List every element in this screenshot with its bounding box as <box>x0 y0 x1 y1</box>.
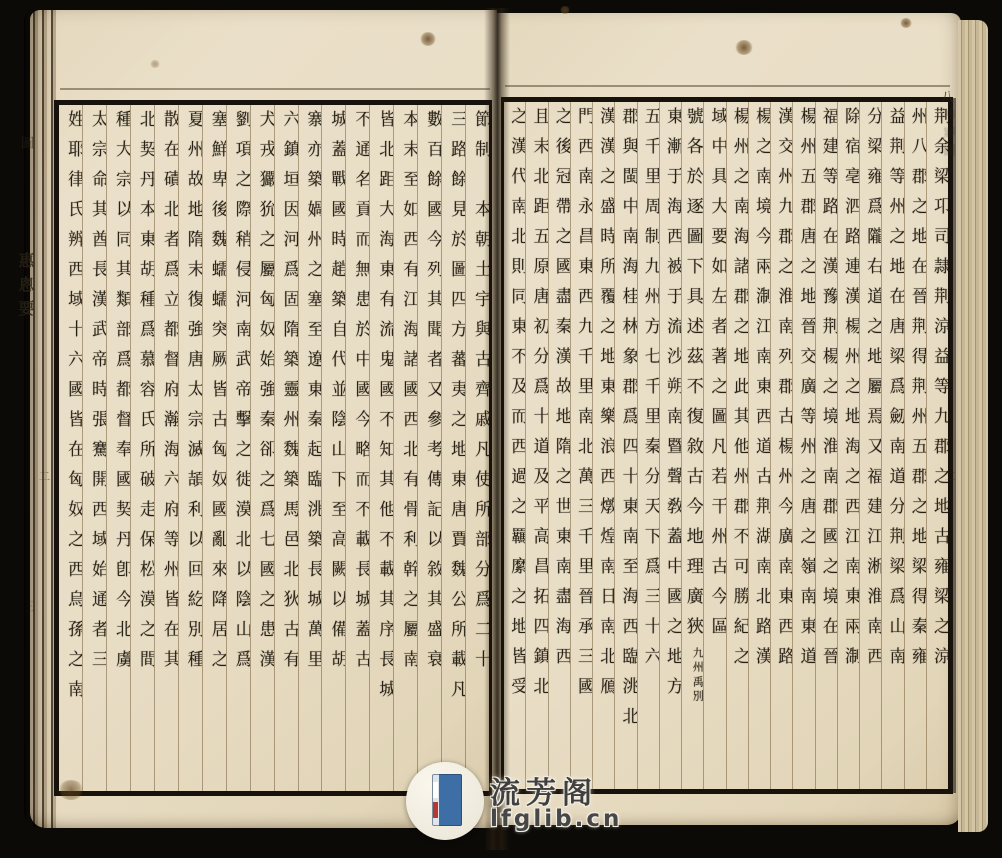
text-column: 分梁雍爲隴右道之地屬焉又福建江淅淮南西 <box>859 102 881 789</box>
text-column: 五千里周制九州方七千里秦分天下爲三十六 <box>637 102 659 789</box>
stain-spot <box>735 40 753 55</box>
text-column: 漢漢之盛時所覆之地東樂浪西燉煌南日南北鴈 <box>592 102 614 789</box>
text-column: 不通名貢而無患於中國今略而不載長城蓋古 <box>345 105 369 791</box>
text-column: 之後冠帶之國盡秦漢故地隋之世東南盡海西 <box>548 102 570 789</box>
text-column: 皆北距大海東有流鬼國不知其他不載其序長城 <box>369 105 393 791</box>
text-column: 東漸于海西被于流沙朔南暨聲敎蓋中國之地方 <box>659 102 681 789</box>
blue-stitched-book-icon <box>432 774 462 826</box>
right-page-edges <box>958 20 988 832</box>
text-column: 種大宗以同其類部爲都督奉國契丹卽今北虜 <box>106 105 130 791</box>
text-column: 楊州之南海諸郡之地此其他州郡不可勝紀之 <box>726 102 748 789</box>
watermark-circle-badge <box>406 762 484 840</box>
left-page-worn-edge <box>24 10 56 828</box>
text-column: 姓耶律氏辨西域十六國皆在匈奴之西烏孫之南 <box>59 105 82 791</box>
text-column: 楊州五郡唐之地晉交廣等州之唐之嶺南東道 <box>792 102 814 789</box>
right-margin-leaf-number: 八 <box>936 90 955 103</box>
stain-spot <box>150 60 160 68</box>
site-watermark: 流芳阁 lfglib.cn <box>398 762 698 852</box>
text-column: 六鎮垣因河爲固隋築靈州魏築馬邑北狄古有 <box>274 105 298 791</box>
text-column: 劉項之際稍侵河南武帝擊之徙漠北以陰山爲 <box>226 105 250 791</box>
crease-line-left <box>60 88 490 90</box>
right-page-columns: 荆余梁卭司隷荆涼益等九郡之地古雍梁之涼州八郡之地在晉荆得荆州五郡之地梁得秦雍益荆… <box>504 102 948 789</box>
text-column: 號各於逐圖下具述茲不復敘古今地理廣狹禹別九州 <box>681 102 703 789</box>
left-margin-edge-title: 惠悤要 <box>14 252 37 324</box>
interlinear-double-note: 禹別九州 <box>692 647 703 704</box>
text-column: 太宗命其酋長漢武帝時張騫開西域始通者三 <box>82 105 106 791</box>
text-column: 三路餘見於圖四方蕃夷之地東唐賈魏公所載凡 <box>441 105 465 791</box>
text-column: 楊之南境今兩淛江南東西道古荆湖南北路漢 <box>748 102 770 789</box>
text-column: 犬戎玁狁之屬匈奴始強秦卻之爲七國之患漢 <box>250 105 274 791</box>
text-column: 節制 本朝土宇與古齊戚凡使所部分爲二十 <box>465 105 489 791</box>
scanned-book-screenshot: 節制 本朝土宇與古齊戚凡使所部分爲二十三路餘見於圖四方蕃夷之地東唐賈魏公所載凡數… <box>0 0 1002 858</box>
text-column: 散在磧北者爲立都督府瀚海六府等州皆在其 <box>154 105 178 791</box>
text-column: 塞鮮卑後魏蠕蠕突厥皆古匈奴國亂來降居之 <box>202 105 226 791</box>
text-column: 北契丹本東胡種爲慕容氏所破走保松漠之間 <box>130 105 154 791</box>
right-fold-page-number: 二 <box>942 470 959 482</box>
text-column: 且末北距五原唐初分爲十道及平高昌拓四鎮北 <box>525 102 547 789</box>
text-column: 之漢代南北則同東不及而西過之羈縻之地皆受 <box>504 102 525 789</box>
left-text-block-border: 節制 本朝土宇與古齊戚凡使所部分爲二十三路餘見於圖四方蕃夷之地東唐賈魏公所載凡數… <box>54 100 492 796</box>
left-margin-mark: 三 <box>20 600 37 612</box>
text-column: 荆余梁卭司隷荆涼益等九郡之地古雍梁之涼 <box>926 102 948 789</box>
left-fold-page-number: 二 <box>36 470 53 482</box>
text-column: 州八郡之地在晉荆得荆州五郡之地梁得秦雍 <box>904 102 926 789</box>
left-margin-edge-top-label: 圖 <box>16 136 35 153</box>
right-margin-edge-title: 袆㝱圖 <box>941 108 958 162</box>
text-column: 除宿亳泗路連漢楊州之地海之西江南東兩淛 <box>837 102 859 789</box>
stain-spot <box>900 18 912 28</box>
text-column: 漢交州九郡之淮南列郡古楊州今廣南東西路 <box>770 102 792 789</box>
stain-spot <box>560 6 570 14</box>
text-column: 門西南永昌東西九千里南北萬三千里晉承三國 <box>570 102 592 789</box>
text-column: 域中具大要如左者著之圖凡若干州古今區 <box>703 102 725 789</box>
text-column: 寨亦築媧州之塞至遼東秦起臨洮築長城萬里 <box>298 105 322 791</box>
text-column: 郡與閩中南海桂林象郡爲四十東南至海西臨洮北 <box>614 102 636 789</box>
text-column: 夏州故地隋末復強唐太宗滅頡利以回紇別種 <box>178 105 202 791</box>
ink-smudge <box>58 780 84 800</box>
right-text-block-border: 荆余梁卭司隷荆涼益等九郡之地古雍梁之涼州八郡之地在晉荆得荆州五郡之地梁得秦雍益荆… <box>501 97 953 794</box>
watermark-site-url: lfglib.cn <box>490 806 622 832</box>
text-column: 福建等路在漢豫荆楊之境淮南郡國之境在晉 <box>815 102 837 789</box>
text-column: 數百餘國今列其聞者又參考傳記以敘其盛衰 <box>417 105 441 791</box>
crease-line-right <box>505 85 950 87</box>
left-page-columns: 節制 本朝土宇與古齊戚凡使所部分爲二十三路餘見於圖四方蕃夷之地東唐賈魏公所載凡數… <box>59 105 489 791</box>
stain-spot <box>420 32 436 46</box>
text-column: 城蓋戰國時趙築自代並陰山下至高闕以備胡 <box>321 105 345 791</box>
text-column: 益荆等州之地在唐梁爲劒南道分荆梁爲山南 <box>881 102 903 789</box>
text-column: 本末至如西有江海諸國西北有骨利幹之屬南 <box>393 105 417 791</box>
